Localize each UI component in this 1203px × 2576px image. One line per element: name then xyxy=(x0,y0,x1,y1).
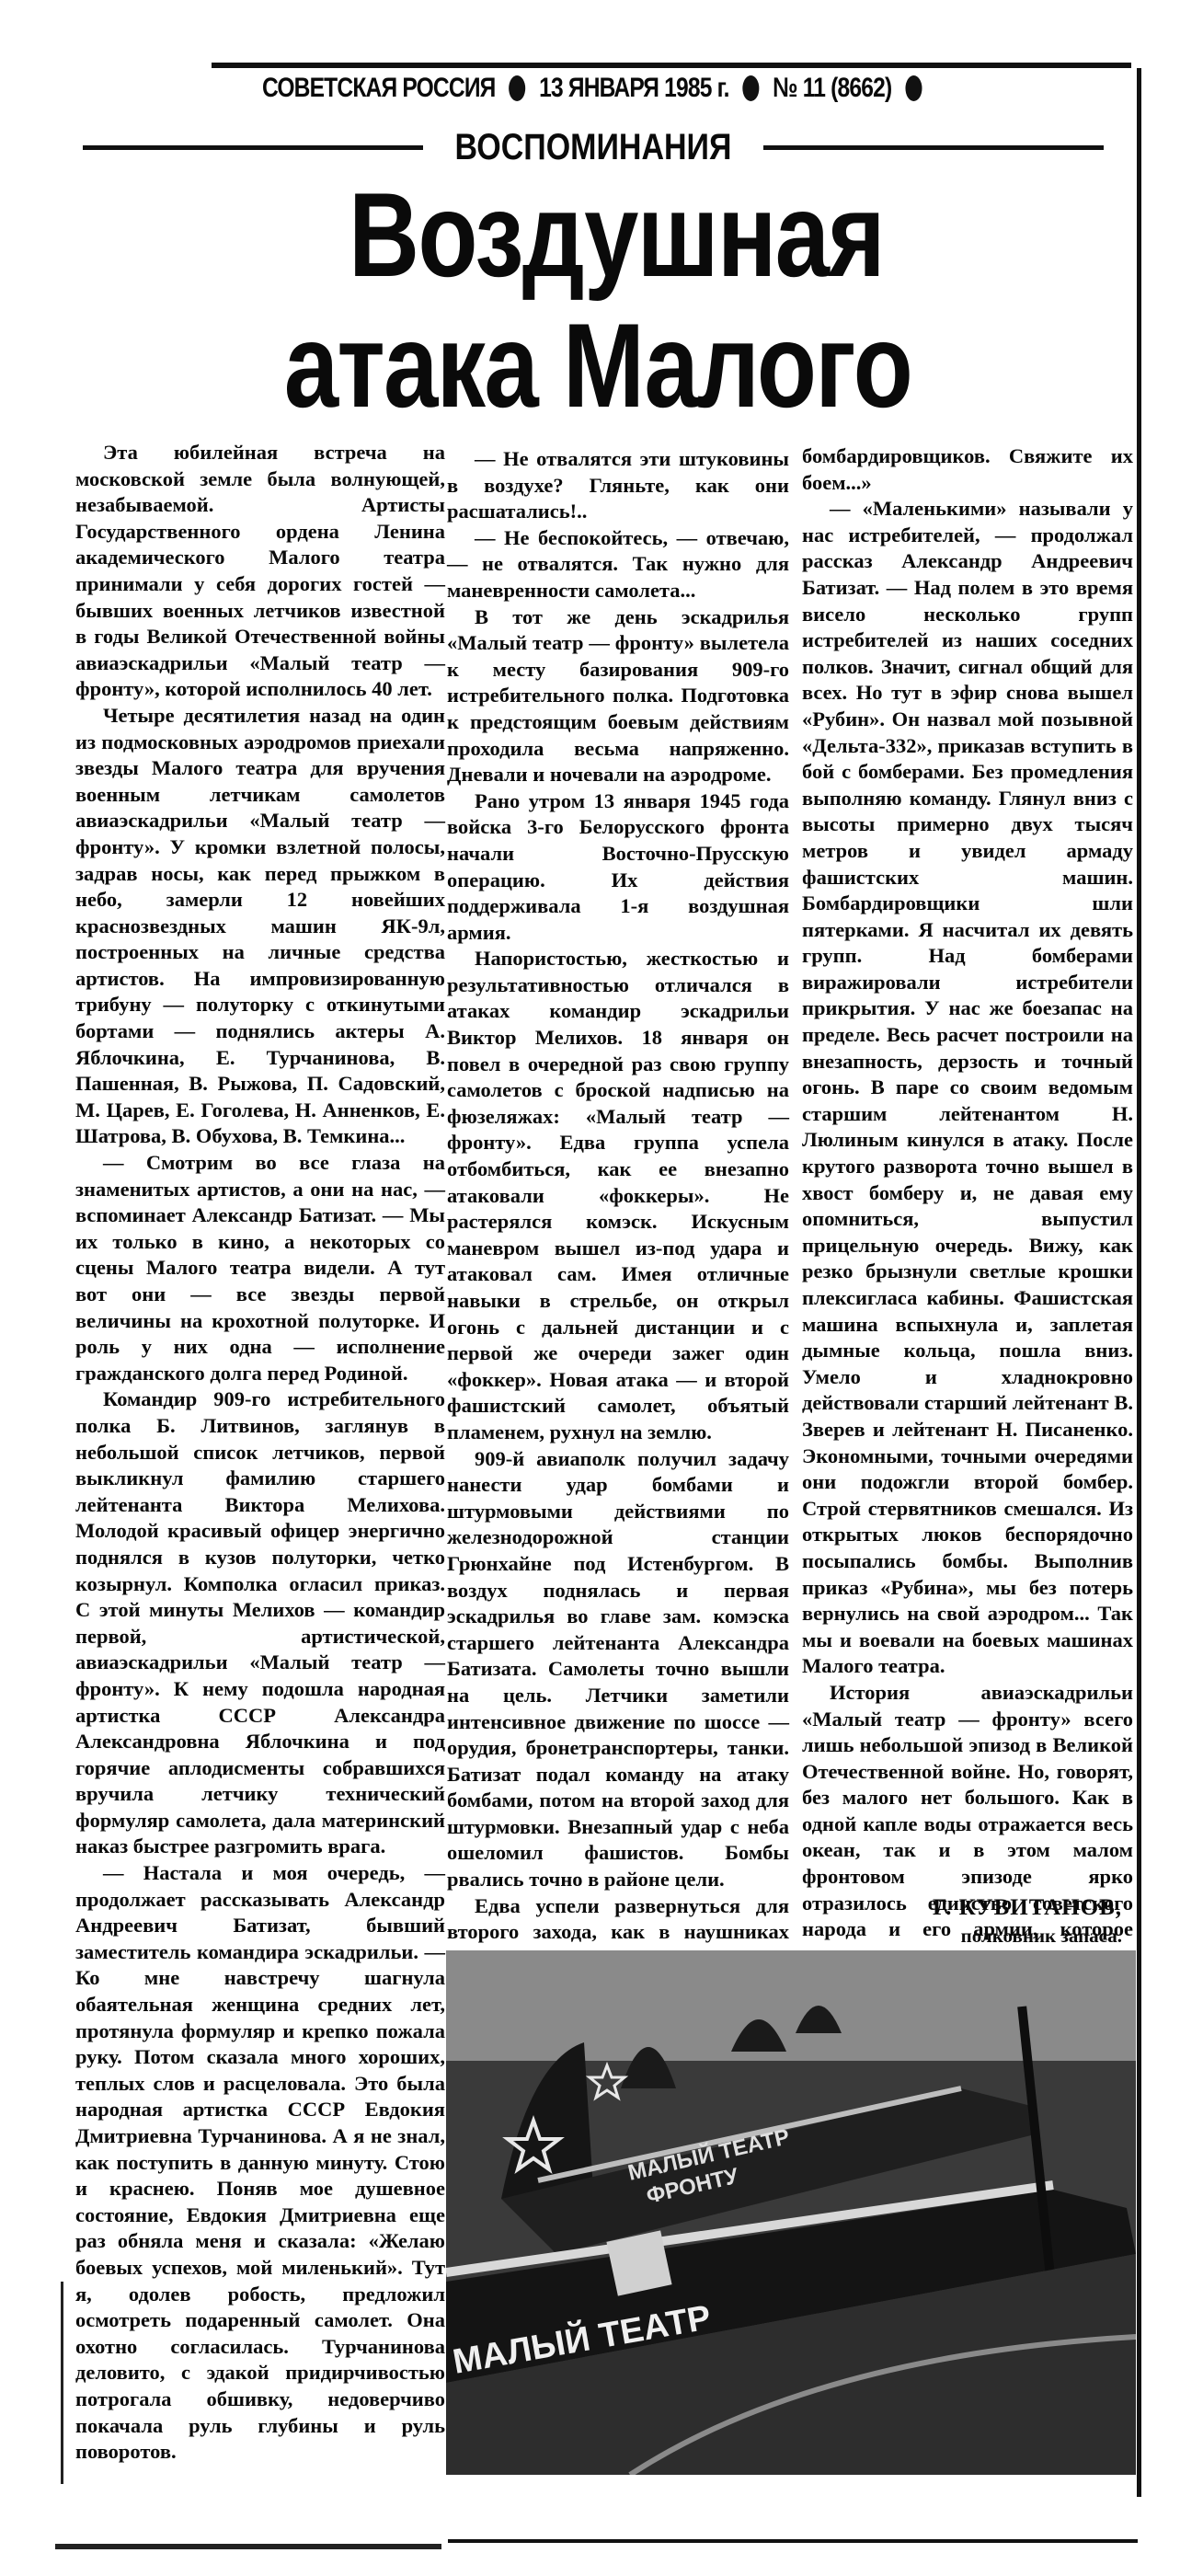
bullet-icon xyxy=(742,75,759,101)
author-rank: полковник запаса. xyxy=(901,1925,1122,1948)
paragraph: — Не отвалятся эти штуковины в воздухе? … xyxy=(447,446,789,525)
issue-date: 13 ЯНВАРЯ 1985 г. xyxy=(539,73,728,104)
article-photo: МАЛЫЙ ТЕАТР ФРОНТУ МАЛЫЙ ТЕАТР ФРОНТУ xyxy=(446,1950,1136,2475)
article-column-3: бомбардировщиков. Свяжите их боем...» — … xyxy=(802,443,1133,2075)
paragraph: Напористостью, жесткостью и результативн… xyxy=(447,946,789,1445)
rubric-rule-left xyxy=(83,145,423,150)
paragraph: бомбардировщиков. Свяжите их боем...» xyxy=(802,443,1133,496)
paragraph: — Не беспокойтесь, — отвечаю, — не отвал… xyxy=(447,525,789,604)
article-headline: Воздушная атака Малого xyxy=(55,175,1140,425)
bottom-rule xyxy=(448,2539,1138,2543)
headline-line-2: атака Малого xyxy=(153,305,1043,425)
author-signature: Г. КУВИТАНОВ, полковник запаса. xyxy=(901,1895,1122,1948)
bottom-rule-left xyxy=(55,2544,441,2549)
rubric-rule-right xyxy=(763,145,1104,150)
bullet-icon xyxy=(905,75,922,101)
right-rule xyxy=(1137,68,1141,2497)
section-rubric: ВОСПОМИНАНИЯ xyxy=(83,124,1104,170)
paragraph: В тот же день эскадрилья «Малый театр — … xyxy=(447,604,789,788)
paragraph: — Настала и моя очередь, — продолжает ра… xyxy=(75,1860,445,2466)
paragraph: — «Маленькими» называли у нас истребител… xyxy=(802,496,1133,1680)
author-name: Г. КУВИТАНОВ, xyxy=(901,1895,1122,1921)
article-column-1: Эта юбилейная встреча на московской земл… xyxy=(75,440,445,2466)
newspaper-name: СОВЕТСКАЯ РОССИЯ xyxy=(262,73,496,104)
newspaper-page: СОВЕТСКАЯ РОССИЯ 13 ЯНВАРЯ 1985 г. № 11 … xyxy=(0,0,1203,2576)
article-column-2: — Не отвалятся эти штуковины в воздухе? … xyxy=(447,446,789,2103)
paragraph: Командир 909-го истребительного полка Б.… xyxy=(75,1386,445,1860)
issue-number: № 11 (8662) xyxy=(773,73,891,104)
top-rule xyxy=(212,63,1131,68)
masthead: СОВЕТСКАЯ РОССИЯ 13 ЯНВАРЯ 1985 г. № 11 … xyxy=(262,70,979,107)
left-rule xyxy=(61,2282,63,2484)
bullet-icon xyxy=(509,75,525,101)
headline-line-1: Воздушная xyxy=(187,175,1047,294)
rubric-label: ВОСПОМИНАНИЯ xyxy=(449,127,738,168)
airplanes-photo-illustration: МАЛЫЙ ТЕАТР ФРОНТУ МАЛЫЙ ТЕАТР ФРОНТУ xyxy=(446,1950,1136,2475)
paragraph: 909-й авиаполк получил задачу нанести уд… xyxy=(447,1446,789,1893)
paragraph: Рано утром 13 января 1945 года войска 3-… xyxy=(447,788,789,947)
paragraph: — Смотрим во все глаза на знаменитых арт… xyxy=(75,1150,445,1386)
paragraph: Четыре десятилетия назад на один из подм… xyxy=(75,703,445,1150)
paragraph: Эта юбилейная встреча на московской земл… xyxy=(75,440,445,703)
